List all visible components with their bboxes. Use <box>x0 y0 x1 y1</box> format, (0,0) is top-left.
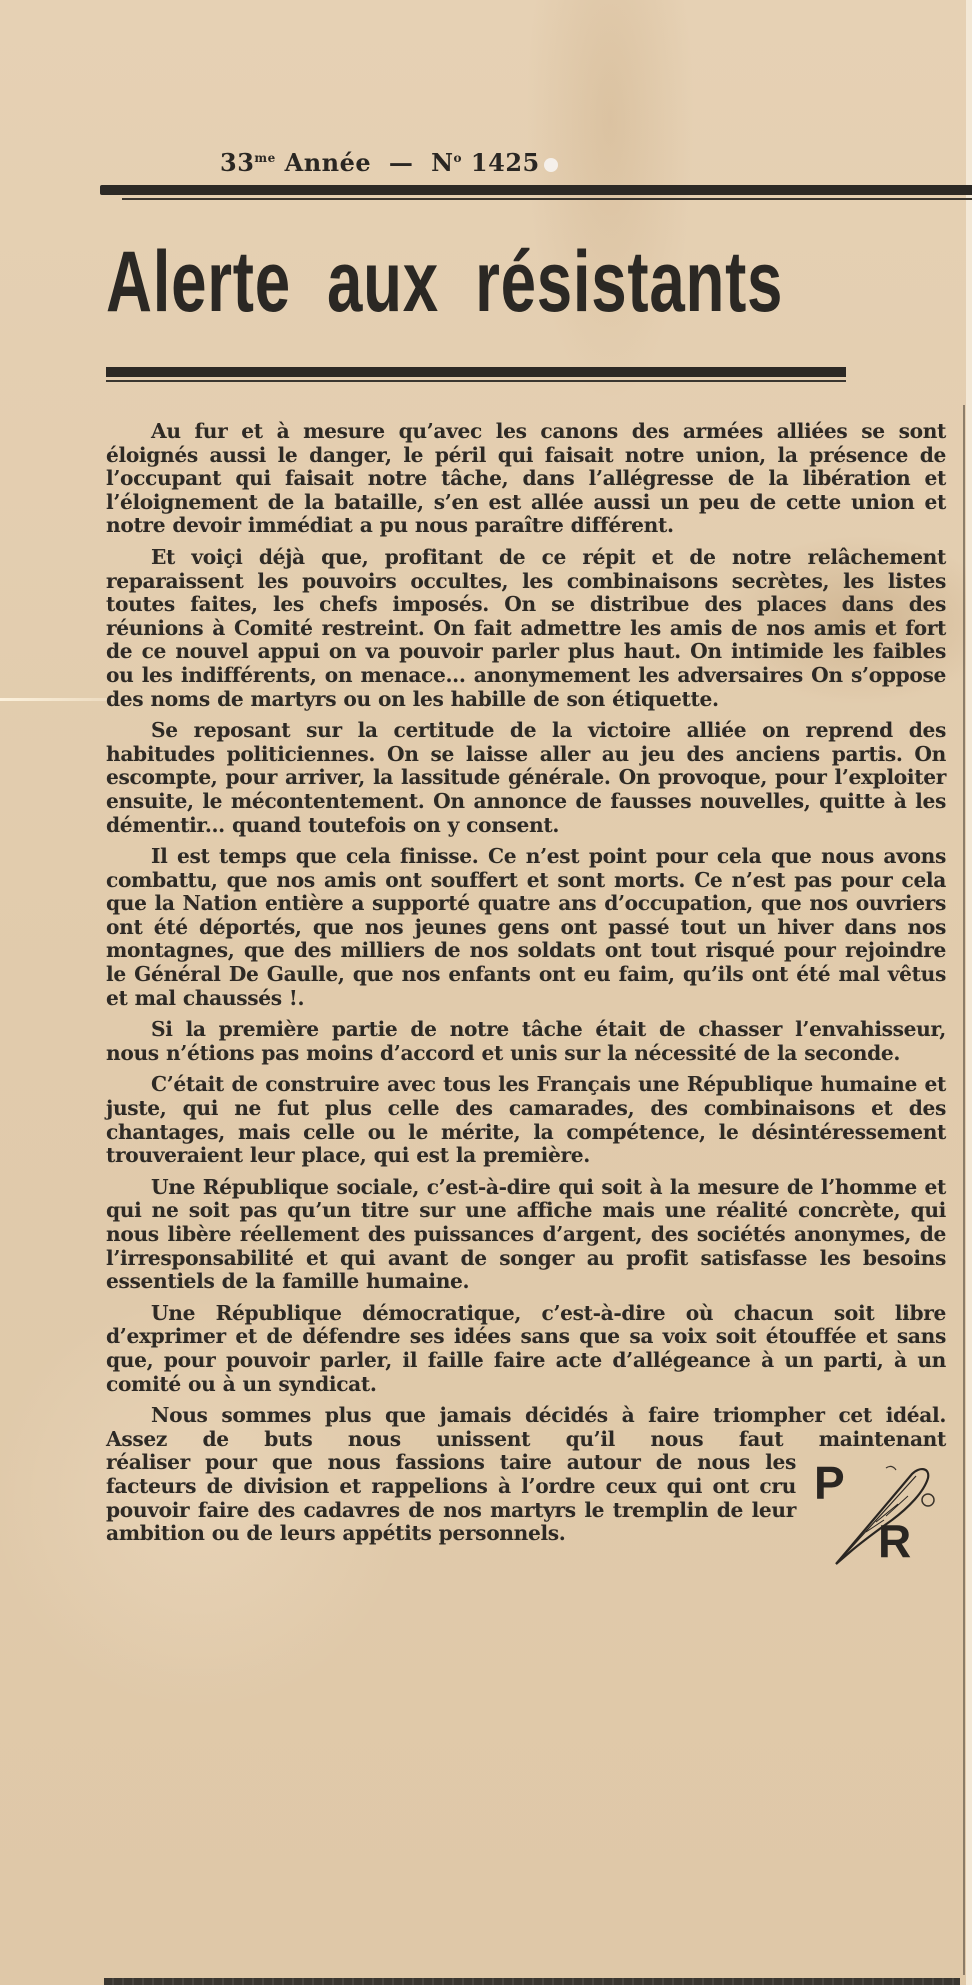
article-paragraph-6: C’était de construire avec tous les Fran… <box>106 1073 946 1167</box>
article-paragraph-8: Une République démocratique, c’est-à-dir… <box>106 1302 946 1396</box>
issue-masthead: 33me Année — No 1425 <box>220 148 558 177</box>
article-headline: Alerte aux résistants <box>106 232 654 332</box>
signature-letter-r: R <box>878 1518 911 1564</box>
closing-paragraph-full: Nous sommes plus que jamais décidés à fa… <box>106 1404 946 1451</box>
article-paragraph-4: Il est temps que cela finisse. Ce n’est … <box>106 845 946 1010</box>
article-body: Au fur et à mesure qu’avec les canons de… <box>106 420 946 1554</box>
paper-right-edge <box>966 0 972 1985</box>
closing-paragraph-narrow: réaliser pour que nous fassions taire au… <box>106 1451 796 1545</box>
article-paragraph-7: Une République sociale, c’est-à-dire qui… <box>106 1176 946 1294</box>
issue-number: 1425 <box>471 148 540 177</box>
year-label: Année <box>285 148 372 177</box>
headline-rule <box>106 367 846 382</box>
column-rule <box>963 405 965 1975</box>
closing-paragraph: Nous sommes plus que jamais décidés à fa… <box>106 1404 946 1546</box>
punch-hole <box>544 158 558 172</box>
rule-thin <box>106 380 846 382</box>
year-number: 33 <box>220 148 254 177</box>
year-suffix: me <box>254 151 275 165</box>
issue-suffix: o <box>454 151 463 165</box>
signature-monogram: P R <box>806 1460 946 1570</box>
quill-pen-icon <box>816 1460 936 1570</box>
masthead-separator: — <box>389 148 414 177</box>
article-paragraph-1: Au fur et à mesure qu’avec les canons de… <box>106 420 946 538</box>
rule-thick <box>106 367 846 377</box>
article-paragraph-5: Si la première partie de notre tâche éta… <box>106 1018 946 1065</box>
bottom-rule <box>104 1978 960 1985</box>
article-paragraph-2: Et voiçi déjà que, profitant de ce répit… <box>106 546 946 711</box>
issue-prefix: N <box>431 148 453 177</box>
rule-thick <box>100 185 972 195</box>
masthead-rule <box>100 185 972 203</box>
rule-thin <box>122 198 972 200</box>
article-paragraph-3: Se reposant sur la certitude de la victo… <box>106 719 946 837</box>
